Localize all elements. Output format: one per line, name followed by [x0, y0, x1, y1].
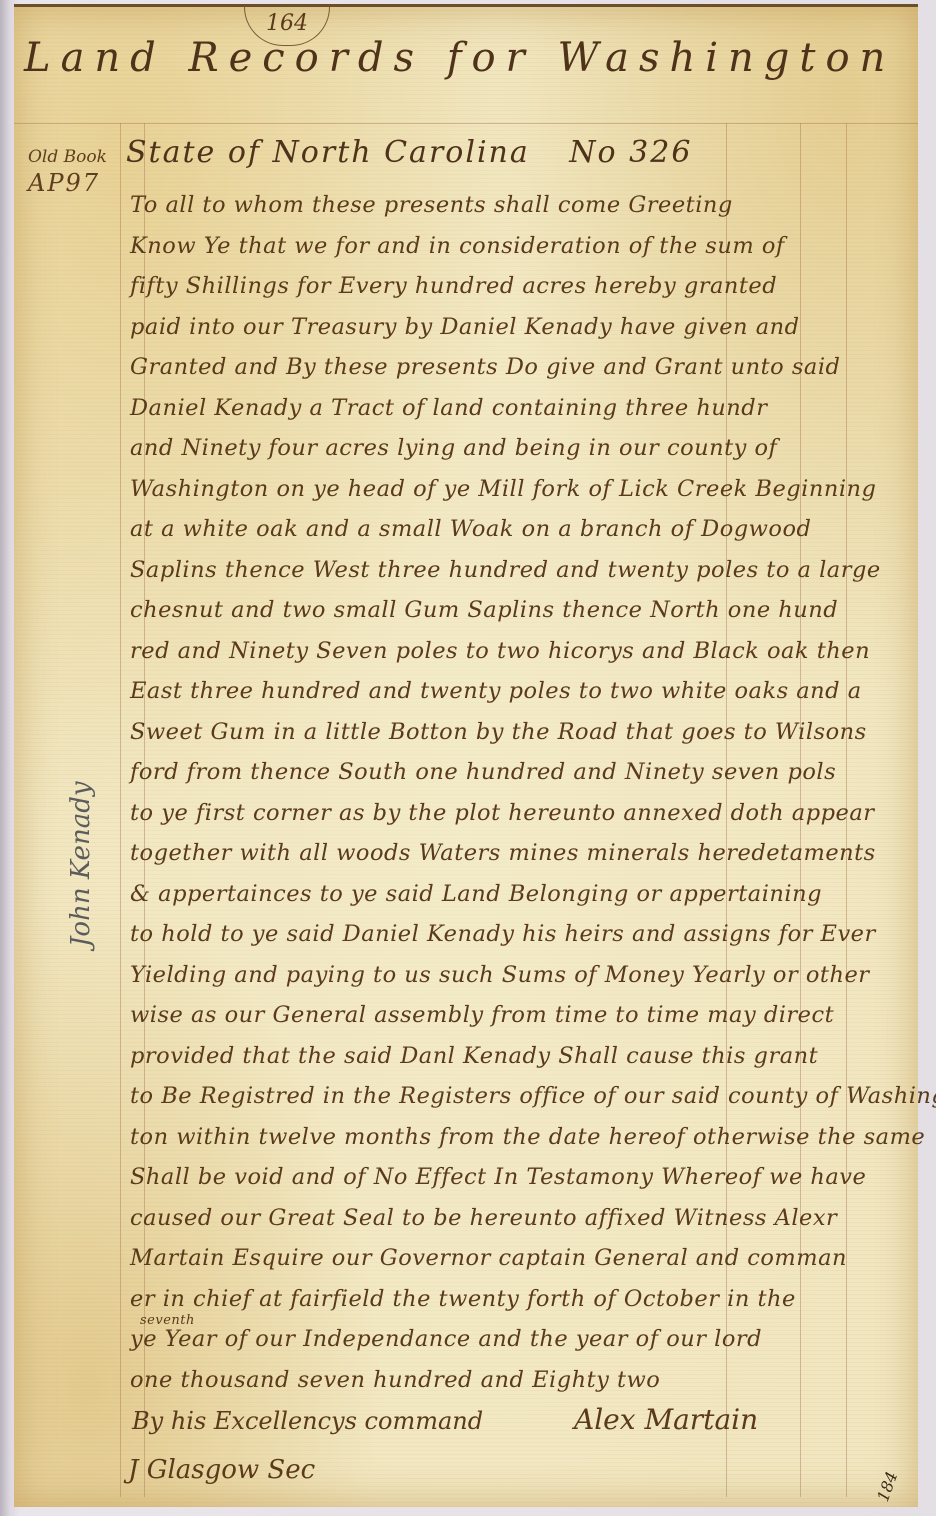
- page-tail-number: 184: [873, 1469, 901, 1504]
- text-line-content: ye Year of our Independance and the year…: [130, 1326, 762, 1352]
- text-line: East three hundred and twenty poles to t…: [130, 671, 910, 712]
- text-line: chesnut and two small Gum Saplins thence…: [130, 590, 910, 631]
- heading-state: State of North Carolina: [126, 135, 530, 170]
- text-line: Daniel Kenady a Tract of land containing…: [130, 388, 910, 429]
- margin-rule-left: [120, 123, 121, 1497]
- document-heading: State of North Carolina No 326: [126, 135, 692, 170]
- text-line: and Ninety four acres lying and being in…: [130, 428, 910, 469]
- text-line: fifty Shillings for Every hundred acres …: [130, 266, 910, 307]
- text-line: er in chief at fairfield the twenty fort…: [130, 1279, 910, 1320]
- pencil-annotation: John Kenady: [66, 781, 96, 947]
- text-line: wise as our General assembly from time t…: [130, 995, 910, 1036]
- margin-note-reference: AP97: [28, 169, 100, 197]
- text-line: Washington on ye head of ye Mill fork of…: [130, 469, 910, 510]
- text-line: to ye first corner as by the plot hereun…: [130, 793, 910, 834]
- text-line: Sweet Gum in a little Botton by the Road…: [130, 712, 910, 753]
- text-line: Granted and By these presents Do give an…: [130, 347, 910, 388]
- text-line: caused our Great Seal to be hereunto aff…: [130, 1198, 910, 1239]
- text-line: ton within twelve months from the date h…: [130, 1117, 910, 1158]
- text-line: at a white oak and a small Woak on a bra…: [130, 509, 910, 550]
- text-line: Know Ye that we for and in consideration…: [130, 226, 910, 267]
- text-line: to hold to ye said Daniel Kenady his hei…: [130, 914, 910, 955]
- text-line: provided that the said Danl Kenady Shall…: [130, 1036, 910, 1077]
- grant-text: To all to whom these presents shall come…: [130, 185, 910, 1400]
- text-line: & appertainces to ye said Land Belonging…: [130, 874, 910, 915]
- text-line: to Be Registred in the Registers office …: [130, 1076, 910, 1117]
- grant-number: No 326: [569, 135, 692, 170]
- interlinear-insertion: seventh: [140, 1301, 195, 1341]
- governor-signature: Alex Martain: [574, 1403, 758, 1436]
- text-line: one thousand seven hundred and Eighty tw…: [130, 1360, 910, 1401]
- header-rule: [14, 123, 918, 124]
- text-line: red and Ninety Seven poles to two hicory…: [130, 631, 910, 672]
- secretary-signature: J Glasgow Sec: [128, 1455, 315, 1485]
- ledger-page: 164 Land Records for Washington Old Book…: [14, 4, 918, 1507]
- text-line: Shall be void and of No Effect In Testam…: [130, 1157, 910, 1198]
- text-line: ford from thence South one hundred and N…: [130, 752, 910, 793]
- text-line: paid into our Treasury by Daniel Kenady …: [130, 307, 910, 348]
- text-line: To all to whom these presents shall come…: [130, 185, 910, 226]
- margin-note-book: Old Book: [28, 147, 107, 167]
- text-line: together with all woods Waters mines min…: [130, 833, 910, 874]
- closing-line: By his Excellencys command: [132, 1407, 483, 1435]
- text-line: seventh ye Year of our Independance and …: [130, 1319, 910, 1360]
- text-line: Yielding and paying to us such Sums of M…: [130, 955, 910, 996]
- text-line: Martain Esquire our Governor captain Gen…: [130, 1238, 910, 1279]
- text-line: Saplins thence West three hundred and tw…: [130, 550, 910, 591]
- page-title: Land Records for Washington: [24, 35, 895, 81]
